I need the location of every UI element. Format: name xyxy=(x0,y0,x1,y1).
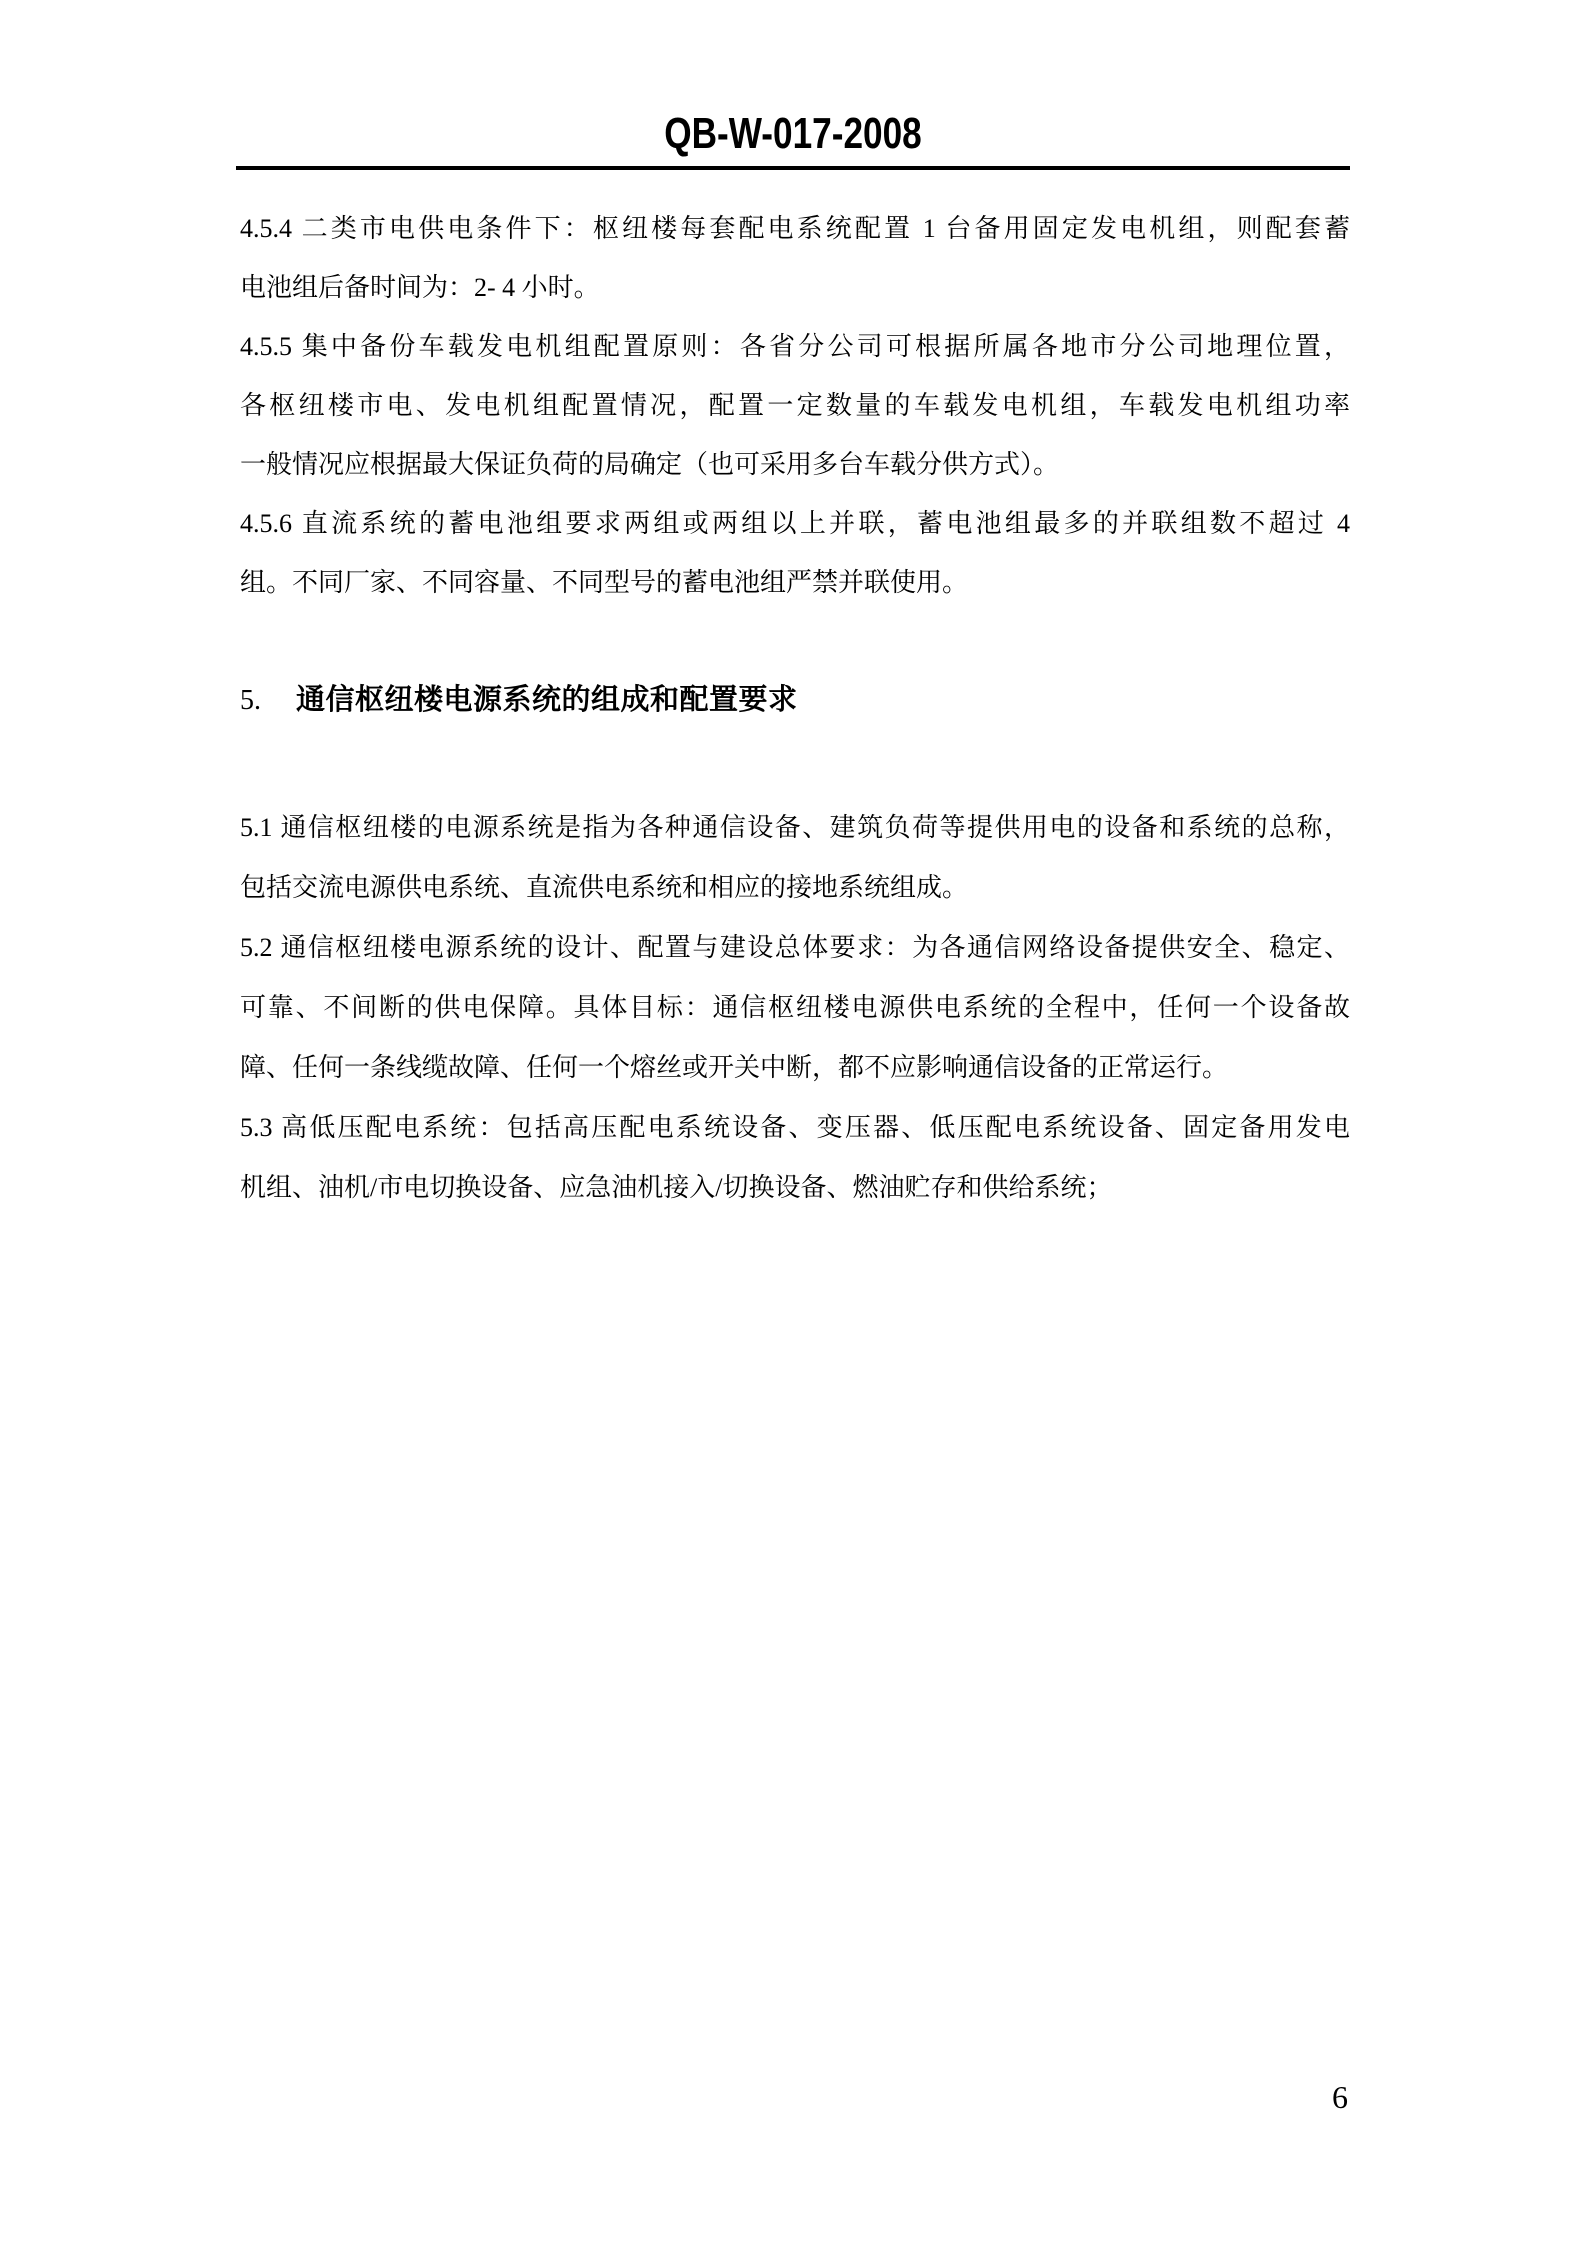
header-rule xyxy=(236,166,1350,170)
text-line: 5.1 通信枢纽楼的电源系统是指为各种通信设备、建筑负荷等提供用电的设备和系统的… xyxy=(240,798,1350,858)
body-text-upper: 4.5.4 二类市电供电条件下：枢纽楼每套配电系统配置 1 台备用固定发电机组，… xyxy=(240,199,1350,612)
text-line: 组。不同厂家、不同容量、不同型号的蓄电池组严禁并联使用。 xyxy=(240,553,1350,612)
text-line: 4.5.5 集中备份车载发电机组配置原则：各省分公司可根据所属各地市分公司地理位… xyxy=(240,317,1350,376)
section-heading: 5.通信枢纽楼电源系统的组成和配置要求 xyxy=(240,670,1350,730)
text-line: 可靠、不间断的供电保障。具体目标：通信枢纽楼电源供电系统的全程中，任何一个设备故 xyxy=(240,978,1350,1038)
text-line: 5.3 高低压配电系统：包括高压配电系统设备、变压器、低压配电系统设备、固定备用… xyxy=(240,1098,1350,1158)
text-line: 机组、油机/市电切换设备、应急油机接入/切换设备、燃油贮存和供给系统； xyxy=(240,1158,1350,1218)
text-line: 4.5.4 二类市电供电条件下：枢纽楼每套配电系统配置 1 台备用固定发电机组，… xyxy=(240,199,1350,258)
document-code: QB-W-017-2008 xyxy=(159,111,1428,157)
text-line: 包括交流电源供电系统、直流供电系统和相应的接地系统组成。 xyxy=(240,858,1350,918)
section-number: 5. xyxy=(240,671,296,731)
page-number: 6 xyxy=(1240,2078,1440,2116)
text-line: 各枢纽楼市电、发电机组配置情况，配置一定数量的车载发电机组，车载发电机组功率 xyxy=(240,376,1350,435)
text-line: 障、任何一条线缆故障、任何一个熔丝或开关中断，都不应影响通信设备的正常运行。 xyxy=(240,1038,1350,1098)
body-text-lower: 5.1 通信枢纽楼的电源系统是指为各种通信设备、建筑负荷等提供用电的设备和系统的… xyxy=(240,798,1350,1218)
document-page: QB-W-017-2008 4.5.4 二类市电供电条件下：枢纽楼每套配电系统配… xyxy=(0,0,1586,2244)
text-line: 一般情况应根据最大保证负荷的局确定（也可采用多台车载分供方式）。 xyxy=(240,435,1350,494)
text-line: 4.5.6 直流系统的蓄电池组要求两组或两组以上并联，蓄电池组最多的并联组数不超… xyxy=(240,494,1350,553)
section-title: 通信枢纽楼电源系统的组成和配置要求 xyxy=(296,684,798,716)
text-line: 5.2 通信枢纽楼电源系统的设计、配置与建设总体要求：为各通信网络设备提供安全、… xyxy=(240,918,1350,978)
text-line: 电池组后备时间为：2- 4 小时。 xyxy=(240,258,1350,317)
